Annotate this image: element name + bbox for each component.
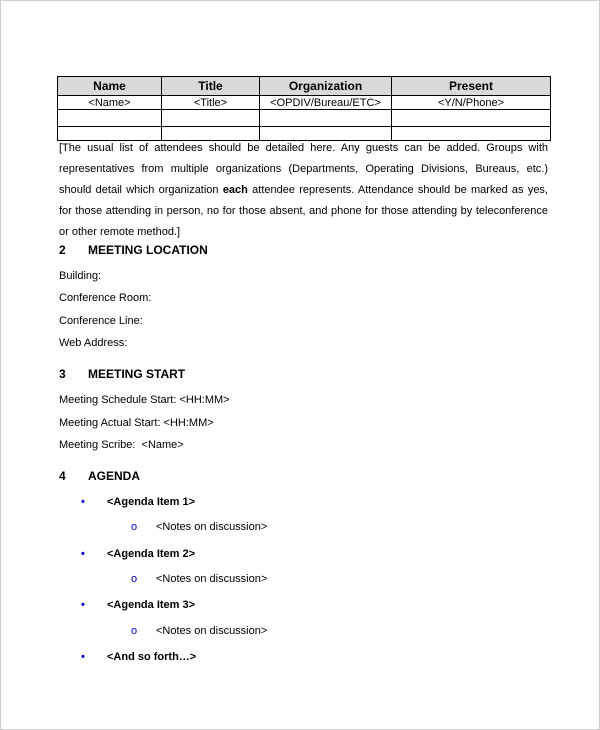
cell-organization: <OPDIV/Bureau/ETC>	[260, 96, 392, 110]
section-title: AGENDA	[88, 469, 140, 483]
sub-bullet-icon: o	[131, 573, 156, 585]
bullet-icon: •	[81, 651, 107, 663]
field-schedule-start: Meeting Schedule Start: <HH:MM>	[59, 394, 230, 406]
section-heading-start: 3MEETING START	[59, 367, 185, 381]
cell-title: <Title>	[162, 96, 260, 110]
agenda-item: •<Agenda Item 2>	[81, 548, 195, 560]
agenda-note: o<Notes on discussion>	[131, 521, 267, 533]
section-heading-agenda: 4AGENDA	[59, 469, 140, 483]
header-organization: Organization	[260, 77, 392, 96]
agenda-note-text: <Notes on discussion>	[156, 521, 267, 533]
bullet-icon: •	[81, 548, 107, 560]
agenda-item-label: <Agenda Item 1>	[107, 496, 195, 508]
section-number: 4	[59, 469, 88, 483]
field-actual-start: Meeting Actual Start: <HH:MM>	[59, 417, 214, 429]
section-number: 2	[59, 243, 88, 257]
agenda-note: o<Notes on discussion>	[131, 573, 267, 585]
section-number: 3	[59, 367, 88, 381]
agenda-item: •<Agenda Item 1>	[81, 496, 195, 508]
cell-name	[58, 110, 162, 127]
attendees-table: Name Title Organization Present <Name> <…	[57, 76, 551, 141]
cell-organization	[260, 110, 392, 127]
attendees-note: [The usual list of attendees should be d…	[59, 138, 548, 243]
header-name: Name	[58, 77, 162, 96]
agenda-item-label: <Agenda Item 3>	[107, 599, 195, 611]
agenda-item: •<Agenda Item 3>	[81, 599, 195, 611]
table-header-row: Name Title Organization Present	[58, 77, 551, 96]
agenda-item-label: <And so forth…>	[107, 651, 196, 663]
sub-bullet-icon: o	[131, 625, 156, 637]
cell-present	[392, 110, 551, 127]
cell-name: <Name>	[58, 96, 162, 110]
agenda-note-text: <Notes on discussion>	[156, 573, 267, 585]
agenda-note-text: <Notes on discussion>	[156, 625, 267, 637]
sub-bullet-icon: o	[131, 521, 156, 533]
field-conference-line: Conference Line:	[59, 315, 143, 327]
note-text-bold: each	[223, 184, 248, 196]
section-title: MEETING LOCATION	[88, 243, 208, 257]
bullet-icon: •	[81, 599, 107, 611]
table-row	[58, 110, 551, 127]
field-building: Building:	[59, 270, 101, 282]
cell-present: <Y/N/Phone>	[392, 96, 551, 110]
document-page: Name Title Organization Present <Name> <…	[0, 0, 600, 730]
table-row: <Name> <Title> <OPDIV/Bureau/ETC> <Y/N/P…	[58, 96, 551, 110]
section-heading-location: 2MEETING LOCATION	[59, 243, 208, 257]
header-present: Present	[392, 77, 551, 96]
cell-title	[162, 110, 260, 127]
bullet-icon: •	[81, 496, 107, 508]
agenda-item: •<And so forth…>	[81, 651, 196, 663]
header-title: Title	[162, 77, 260, 96]
field-scribe: Meeting Scribe: <Name>	[59, 439, 184, 451]
field-web-address: Web Address:	[59, 337, 127, 349]
section-title: MEETING START	[88, 367, 185, 381]
agenda-note: o<Notes on discussion>	[131, 625, 267, 637]
field-conference-room: Conference Room:	[59, 292, 151, 304]
agenda-item-label: <Agenda Item 2>	[107, 548, 195, 560]
